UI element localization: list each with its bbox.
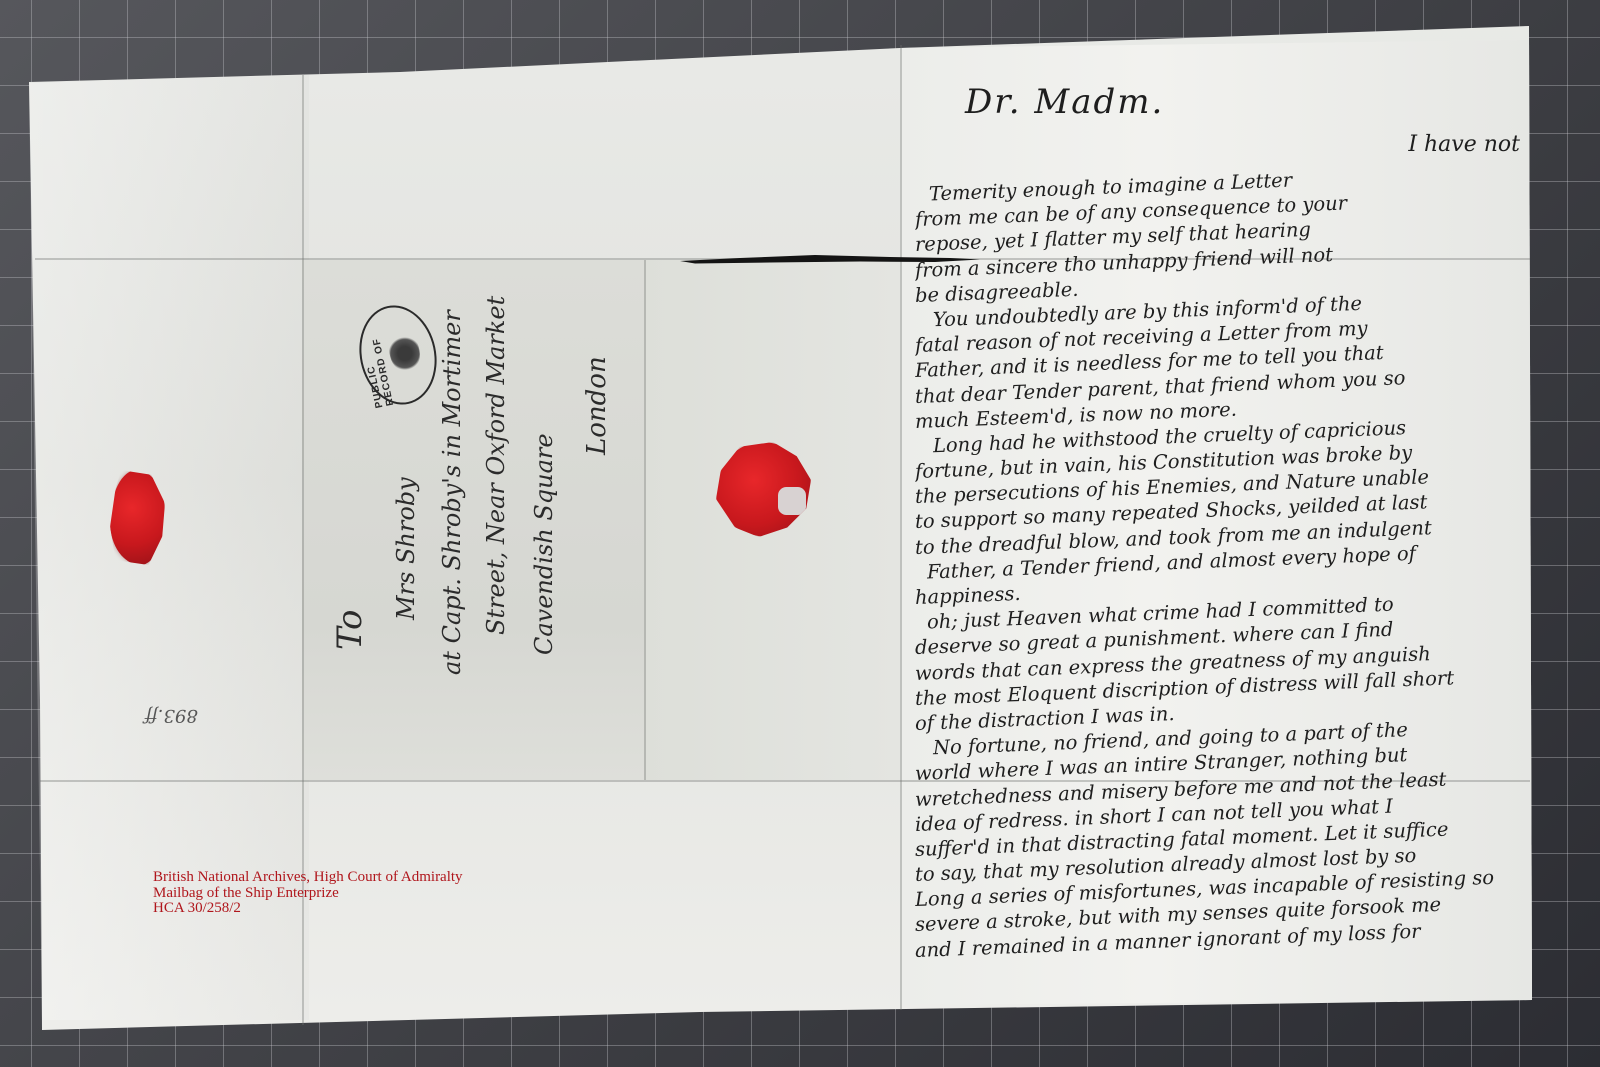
address-panel <box>302 260 644 780</box>
address-to: To <box>330 609 370 650</box>
letter-lines: Temerity enough to imagine a Letter from… <box>915 182 1527 963</box>
address-line-2: at Capt. Shroby's in Mortimer <box>438 310 466 675</box>
letter-opening: I have not <box>1408 132 1520 157</box>
caption-line-collection: Mailbag of the Ship Enterprize <box>153 886 463 902</box>
document-photo: PUBLIC RECORD OF To Mrs Shroby at Capt. … <box>0 0 1600 1067</box>
archive-pencil-number: 893.ff <box>145 705 198 726</box>
address-line-5: London <box>582 356 612 455</box>
fold-line <box>644 260 646 780</box>
caption-line-source: British National Archives, High Court of… <box>153 870 463 886</box>
caption-line-reference: HCA 30/258/2 <box>153 901 463 917</box>
address-line-1: Mrs Shroby <box>392 477 420 620</box>
crown-crest-icon <box>386 333 423 374</box>
address-line-3: Street, Near Oxford Market <box>482 296 510 635</box>
fold-line <box>900 45 902 1010</box>
address-line-4: Cavendish Square <box>530 433 558 655</box>
archive-caption: British National Archives, High Court of… <box>153 870 463 917</box>
letter-salutation: Dr. Madm. <box>965 82 1164 122</box>
